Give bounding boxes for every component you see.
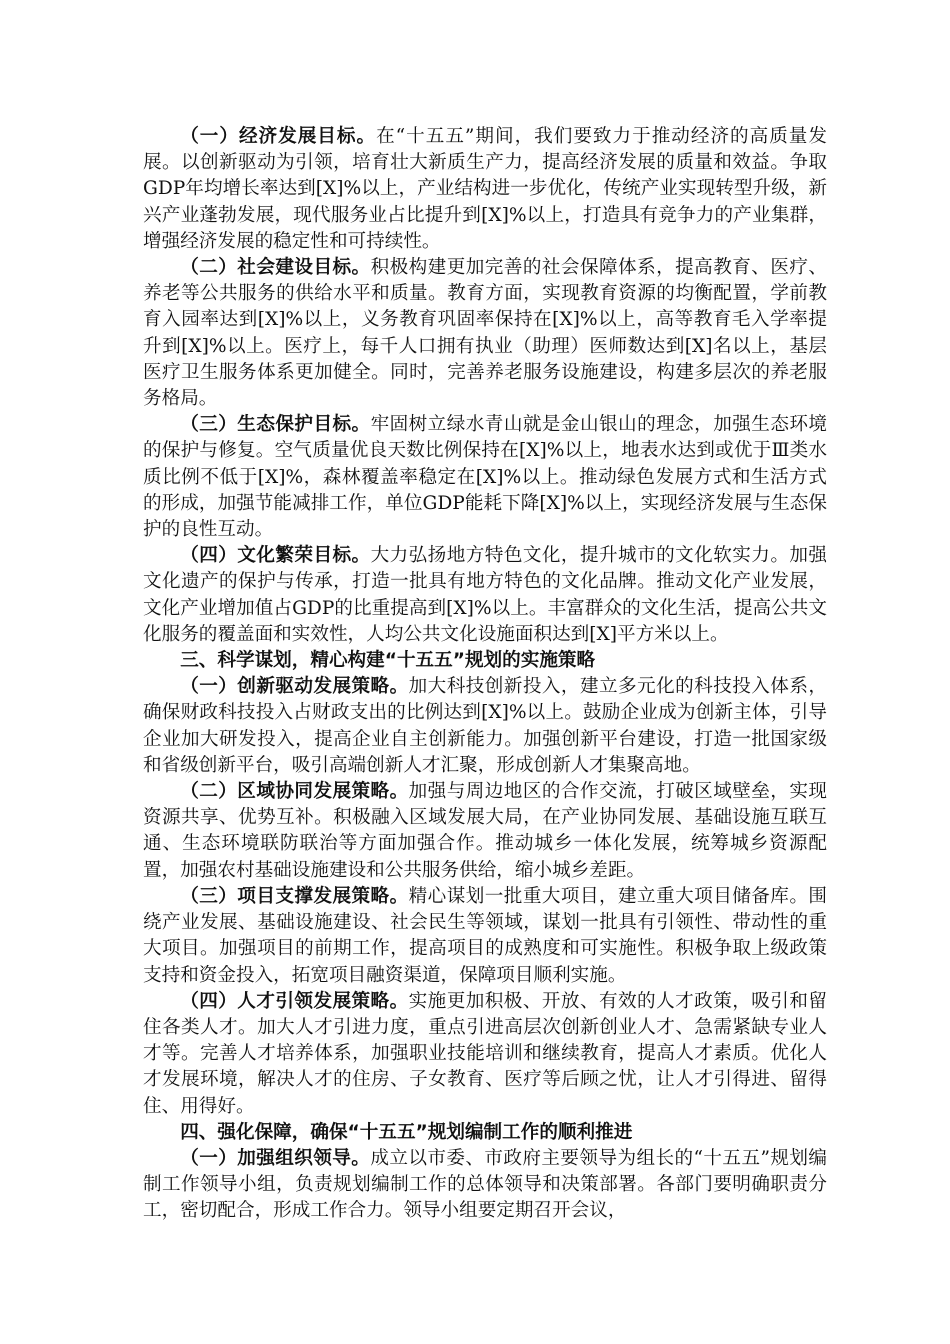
paragraph-regional-strategy: （二）区域协同发展策略。加强与周边地区的合作交流，打破区域壁垒，实现资源共享、优… bbox=[143, 779, 827, 884]
paragraph-talent-strategy: （四）人才引领发展策略。实施更加积极、开放、有效的人才政策，吸引和留住各类人才。… bbox=[143, 989, 827, 1120]
document-page: （一）经济发展目标。在“十五五”期间，我们要致力于推动经济的高质量发展。以创新驱… bbox=[143, 124, 827, 1225]
paragraph-lead: （二）区域协同发展策略。 bbox=[180, 781, 408, 802]
paragraph-innovation-strategy: （一）创新驱动发展策略。加大科技创新投入，建立多元化的科技投入体系，确保财政科技… bbox=[143, 674, 827, 779]
paragraph-lead: （一）加强组织领导。 bbox=[180, 1148, 370, 1169]
paragraph-economic-goal: （一）经济发展目标。在“十五五”期间，我们要致力于推动经济的高质量发展。以创新驱… bbox=[143, 124, 827, 255]
paragraph-lead: （三）项目支撑发展策略。 bbox=[180, 886, 408, 907]
paragraph-lead: （一）创新驱动发展策略。 bbox=[180, 676, 408, 697]
paragraph-organization-leadership: （一）加强组织领导。成立以市委、市政府主要领导为组长的“十五五”规划编制工作领导… bbox=[143, 1146, 827, 1225]
paragraph-ecology-goal: （三）生态保护目标。牢固树立绿水青山就是金山银山的理念，加强生态环境的保护与修复… bbox=[143, 412, 827, 543]
paragraph-lead: （二）社会建设目标。 bbox=[180, 257, 370, 278]
paragraph-text: 积极构建更加完善的社会保障体系，提高教育、医疗、养老等公共服务的供给水平和质量。… bbox=[143, 257, 827, 409]
section-heading-3: 三、科学谋划，精心构建“十五五”规划的实施策略 bbox=[143, 648, 827, 674]
paragraph-culture-goal: （四）文化繁荣目标。大力弘扬地方特色文化，提升城市的文化软实力。加强文化遗产的保… bbox=[143, 543, 827, 648]
paragraph-project-strategy: （三）项目支撑发展策略。精心谋划一批重大项目，建立重大项目储备库。围绕产业发展、… bbox=[143, 884, 827, 989]
paragraph-social-goal: （二）社会建设目标。积极构建更加完善的社会保障体系，提高教育、医疗、养老等公共服… bbox=[143, 255, 827, 412]
paragraph-lead: （一）经济发展目标。 bbox=[180, 126, 376, 147]
section-heading-4: 四、强化保障，确保“十五五”规划编制工作的顺利推进 bbox=[143, 1120, 827, 1146]
paragraph-lead: （四）人才引领发展策略。 bbox=[180, 991, 408, 1012]
paragraph-lead: （四）文化繁荣目标。 bbox=[180, 545, 370, 566]
paragraph-lead: （三）生态保护目标。 bbox=[180, 414, 370, 435]
